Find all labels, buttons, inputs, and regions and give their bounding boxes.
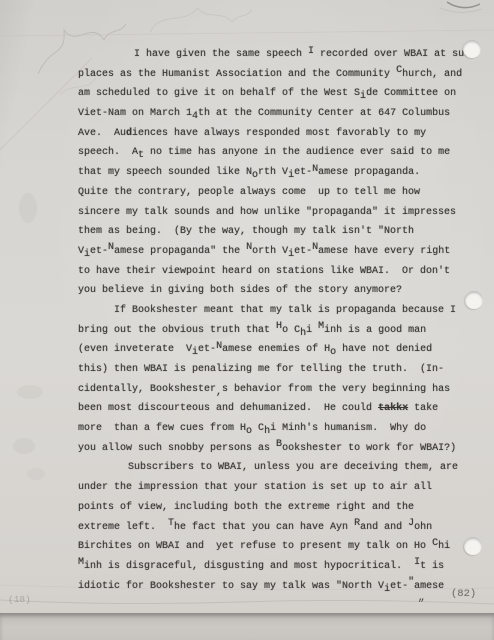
- typed-line: under the impression that your station i…: [78, 482, 478, 502]
- typed-line: been most discourteous and dehumanized. …: [78, 403, 478, 423]
- typed-line: Viet-Namese propaganda" the North Viet-N…: [78, 246, 478, 266]
- corner-crease: [440, 8, 482, 12]
- paragraph: Subscribers to WBAI, unless you are dece…: [78, 462, 478, 600]
- typed-line: I have given the same speech I recorded …: [78, 49, 478, 69]
- typed-line: this) then WBAI is penalizing me for tel…: [78, 364, 478, 384]
- fold-crease: [0, 30, 494, 36]
- typed-line: places as the Humanist Association and t…: [78, 69, 478, 89]
- typed-line: Viet-Nam on March 14th at the Community …: [78, 108, 478, 128]
- typed-line: Subscribers to WBAI, unless you are dece…: [78, 462, 478, 482]
- punch-hole: [464, 537, 482, 555]
- bleed-through-ghost: [13, 438, 35, 454]
- paragraph: If Bookshester meant that my talk is pro…: [78, 305, 478, 463]
- bleed-through-ghost: [19, 193, 37, 223]
- typed-line: Quite the contrary, people always come u…: [78, 187, 478, 207]
- typed-line: you allow such snobby persons as Bookshe…: [78, 443, 478, 463]
- document-body: I have given the same speech I recorded …: [78, 49, 478, 600]
- scanned-letter-page: I have given the same speech I recorded …: [0, 0, 494, 640]
- typed-line: (even inveterate Viet-Namese enemies of …: [78, 344, 478, 364]
- typed-line: Minh is disgraceful, disgusting and most…: [78, 561, 478, 581]
- typed-line: points of view, including both the extre…: [78, 502, 478, 522]
- typed-line: Ave. Audiences have always responded mos…: [78, 128, 478, 148]
- typed-line: extreme left. The fact that you can have…: [78, 522, 478, 542]
- typed-line: cidentally, Bookshester,s behavior from …: [78, 384, 478, 404]
- pencil-scribble: [150, 8, 252, 32]
- bleed-through-ghost: [17, 385, 43, 399]
- paragraph: I have given the same speech I recorded …: [78, 49, 478, 305]
- typed-line: you believe in giving both sides of the …: [78, 285, 478, 305]
- typed-line: to have their viewpoint heard on station…: [78, 266, 478, 286]
- punch-hole: [463, 40, 481, 58]
- corner-crease: [447, 2, 480, 8]
- stray-typed-mark: „: [418, 592, 425, 604]
- typed-line: sincere my talk sounds and how unlike "p…: [78, 207, 478, 227]
- bleed-through-ghost: [27, 468, 45, 480]
- typed-line: that my speech sounded like North Viet-N…: [78, 167, 478, 187]
- punch-hole: [465, 291, 483, 309]
- typed-line: bring out the obvious truth that Ho Chi …: [78, 325, 478, 345]
- page-number-typed: (82): [451, 588, 476, 600]
- page-bottom-edge: [0, 613, 494, 640]
- typed-line: am scheduled to give it on behalf of the…: [78, 88, 478, 108]
- typed-line: speech. At no time has anyone in the aud…: [78, 147, 478, 167]
- page-number-pencil: (18): [8, 594, 31, 605]
- typed-line: them as being. (By the way, though my ta…: [78, 226, 478, 246]
